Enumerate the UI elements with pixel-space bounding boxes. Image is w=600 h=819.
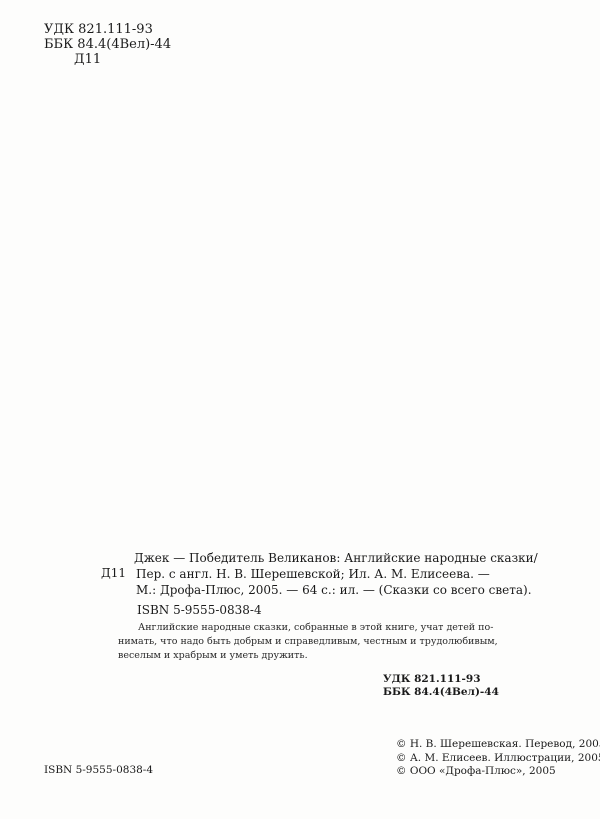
annotation-line: нимать, что надо быть добрым и справедли… — [118, 635, 498, 649]
catalog-card: Джек — Победитель Великанов: Английские … — [112, 550, 538, 618]
catalog-line-publisher: М.: Дрофа-Плюс, 2005. — 64 с.: ил. — (Ск… — [112, 582, 538, 598]
annotation-line: Английские народные сказки, собранные в … — [118, 621, 498, 635]
copyright-block: © Н. В. Шерешевская. Перевод, 2005 © А. … — [396, 738, 600, 779]
classification-codes-top: УДК 821.111-93 ББК 84.4(4Вел)-44 Д11 — [44, 22, 171, 67]
copyright-line: © А. М. Елисеев. Иллюстрации, 2005 — [396, 752, 600, 766]
udk-code: УДК 821.111-93 — [383, 673, 499, 686]
catalog-line-translator: Пер. с англ. Н. В. Шерешевской; Ил. А. М… — [112, 566, 538, 582]
catalog-isbn: ISBN 5-9555-0838-4 — [112, 602, 538, 618]
isbn-bottom: ISBN 5-9555-0838-4 — [44, 764, 153, 776]
annotation-line: веселым и храбрым и уметь дружить. — [118, 649, 498, 663]
udk-code: УДК 821.111-93 — [44, 22, 171, 37]
copyright-line: © Н. В. Шерешевская. Перевод, 2005 — [396, 738, 600, 752]
bbk-code: ББК 84.4(4Вел)-44 — [44, 37, 171, 52]
bbk-code: ББК 84.4(4Вел)-44 — [383, 686, 499, 699]
author-mark: Д11 — [44, 52, 171, 67]
copyright-line: © ООО «Дрофа-Плюс», 2005 — [396, 765, 600, 779]
classification-codes-bottom: УДК 821.111-93 ББК 84.4(4Вел)-44 — [383, 673, 499, 699]
catalog-line-title: Джек — Победитель Великанов: Английские … — [112, 550, 538, 566]
annotation: Английские народные сказки, собранные в … — [118, 621, 498, 663]
